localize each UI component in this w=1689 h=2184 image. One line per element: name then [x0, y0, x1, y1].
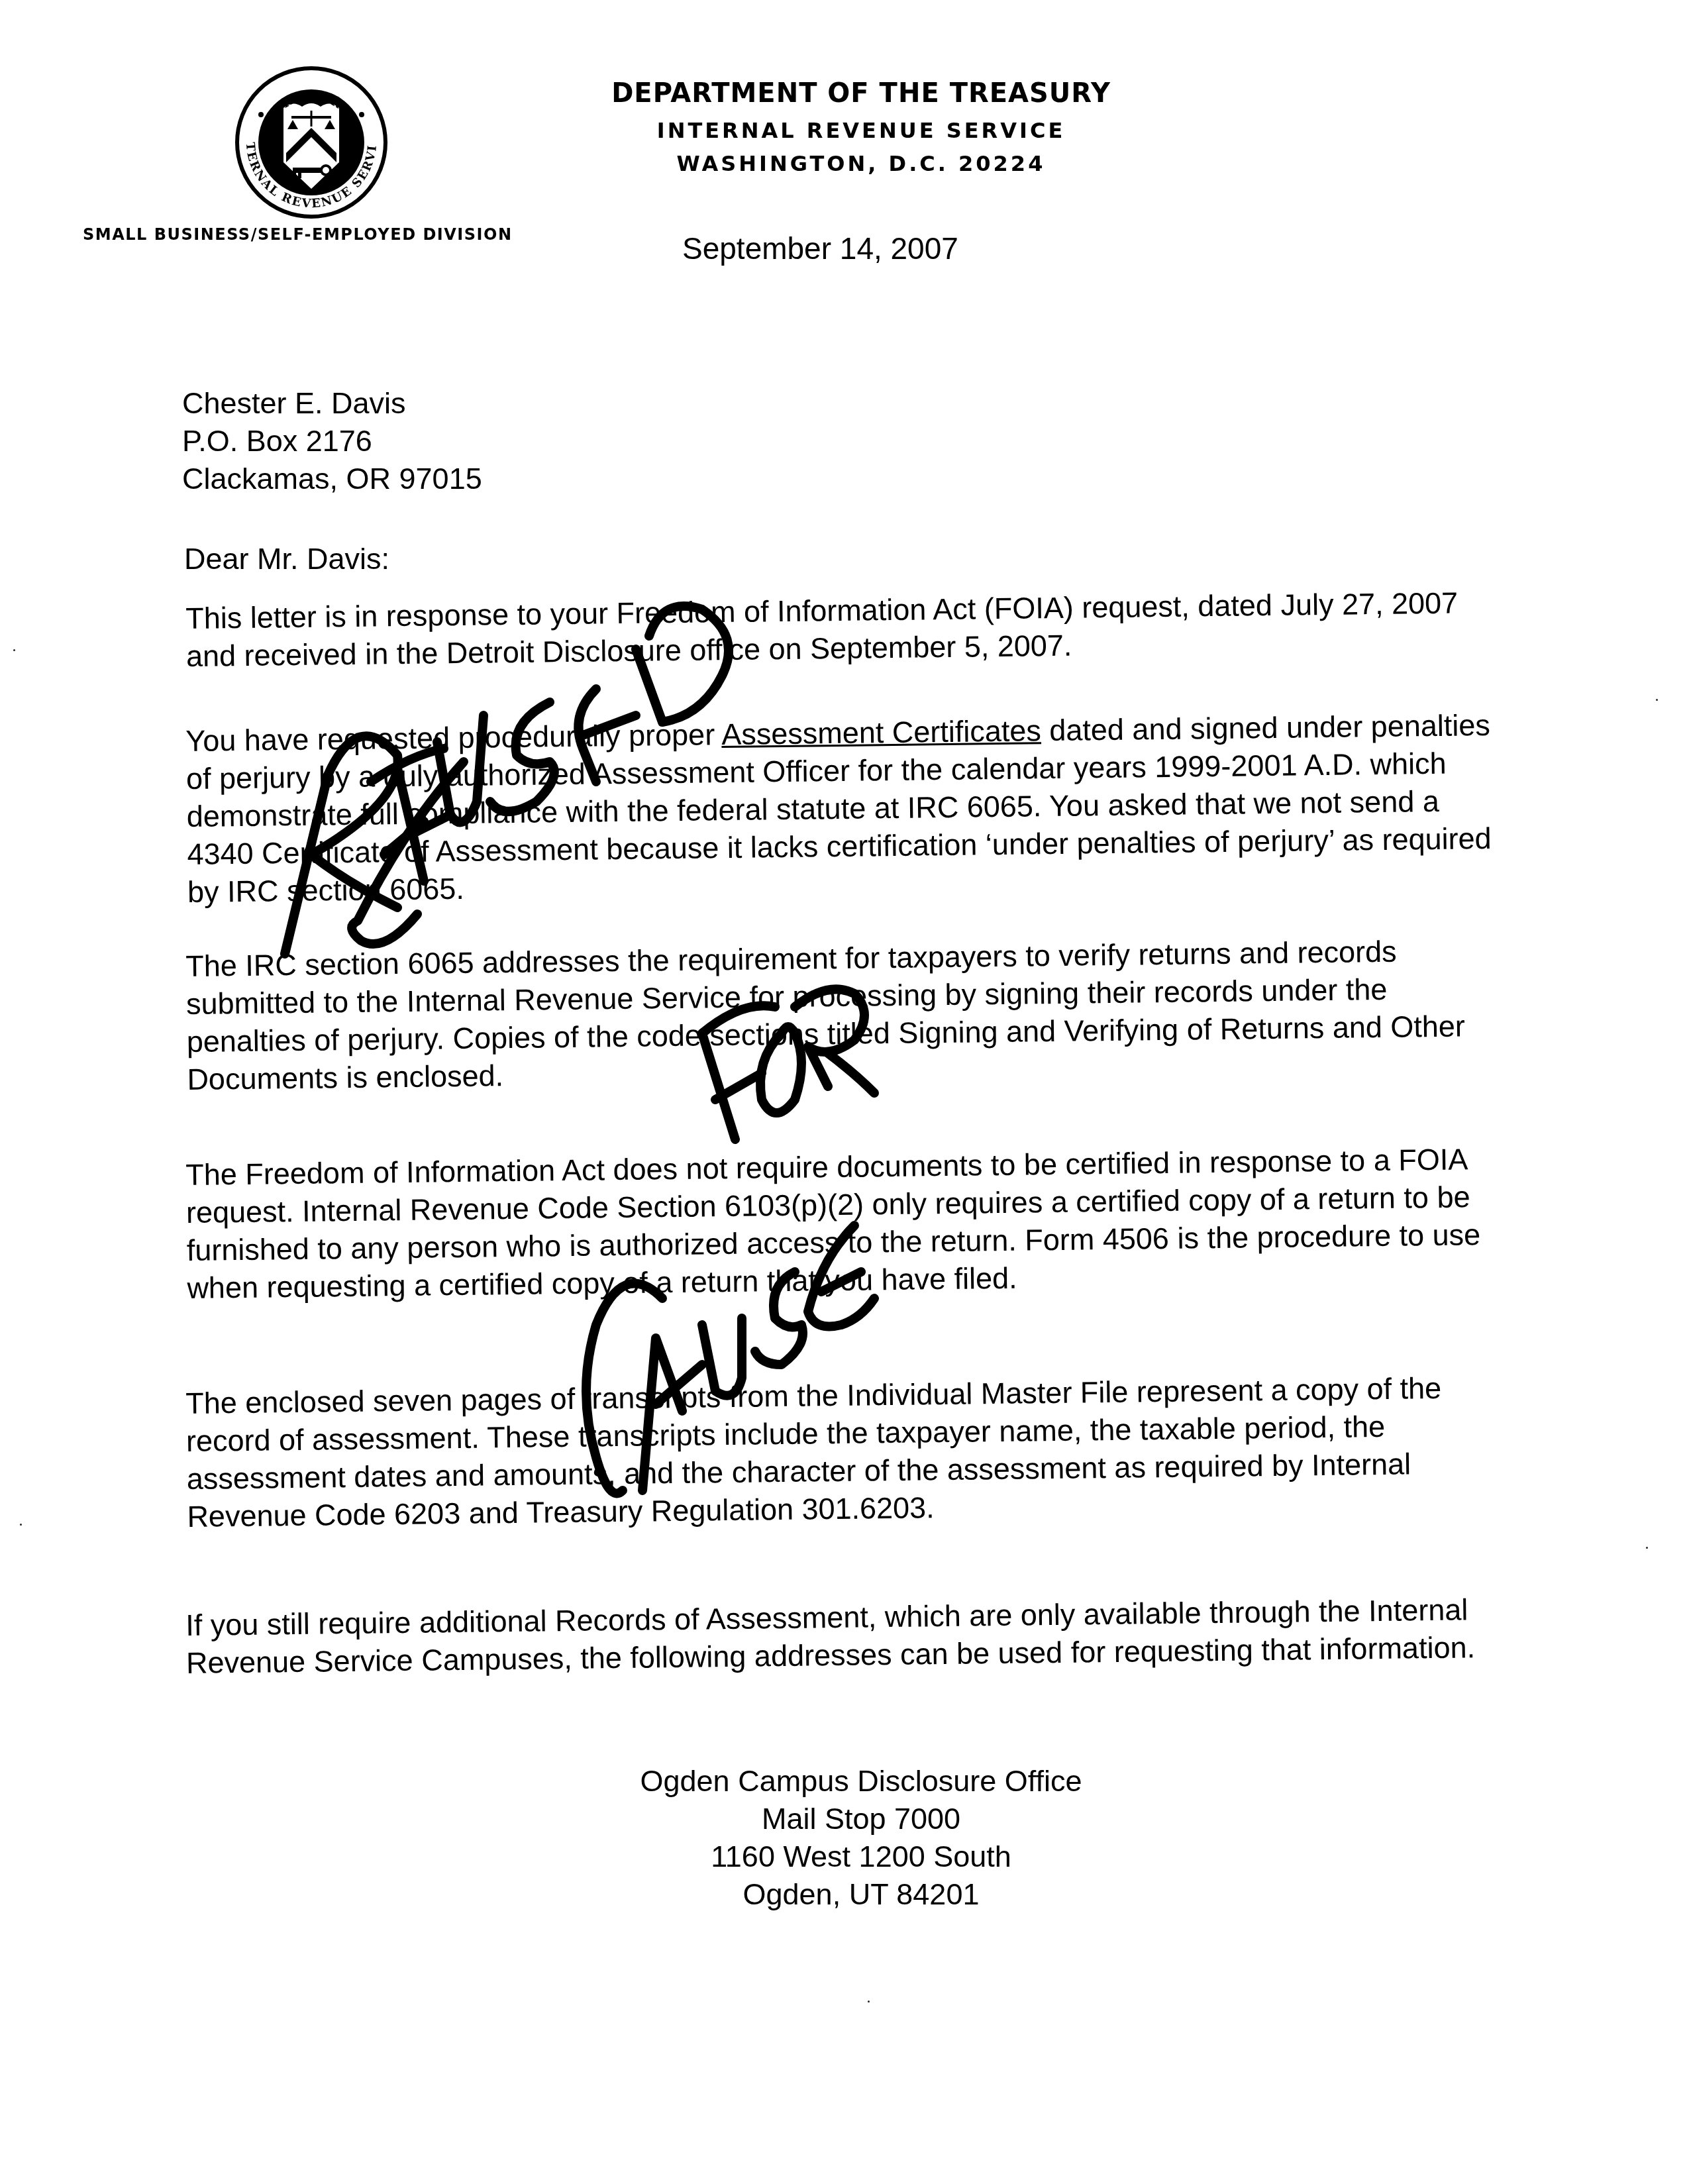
paragraph-foia-response: This letter is in response to your Freed…: [185, 584, 1498, 675]
division-name: SMALL BUSINESS/SELF-EMPLOYED DIVISION: [83, 225, 512, 244]
scan-speck: [1646, 1547, 1648, 1549]
scan-speck: [13, 649, 15, 651]
scan-speck: [1656, 699, 1658, 701]
underlined-assessment-certificates: Assessment Certificates: [721, 713, 1041, 751]
recipient-city: Clackamas, OR 97015: [182, 460, 482, 497]
paragraph-transcripts: The enclosed seven pages of transcripts …: [185, 1369, 1499, 1535]
campus-office: Ogden Campus Disclosure Office: [563, 1762, 1159, 1800]
agency-location: WASHINGTON, D.C. 20224: [530, 151, 1192, 176]
p2-text-start: You have requested procedurally proper: [185, 717, 721, 758]
paragraph-request-summary: You have requested procedurally proper A…: [185, 706, 1499, 911]
recipient-address: Chester E. Davis P.O. Box 2176 Clackamas…: [182, 384, 482, 497]
campus-address: Ogden Campus Disclosure Office Mail Stop…: [563, 1762, 1159, 1913]
salutation: Dear Mr. Davis:: [184, 540, 389, 578]
campus-mail-stop: Mail Stop 7000: [563, 1800, 1159, 1838]
campus-city: Ogden, UT 84201: [563, 1875, 1159, 1913]
recipient-name: Chester E. Davis: [182, 384, 482, 422]
recipient-street: P.O. Box 2176: [182, 422, 482, 460]
paragraph-foia-certification: The Freedom of Information Act does not …: [185, 1140, 1499, 1307]
scan-speck: [20, 1524, 22, 1526]
department-name: DEPARTMENT OF THE TREASURY: [530, 78, 1192, 109]
campus-street: 1160 West 1200 South: [563, 1838, 1159, 1875]
letter-page: TREASURY INTERNAL REVENUE SERVICE DEPART…: [0, 0, 1689, 2184]
paragraph-irc-6065: The IRC section 6065 addresses the requi…: [185, 931, 1499, 1098]
letter-date: September 14, 2007: [682, 231, 958, 266]
agency-name: INTERNAL REVENUE SERVICE: [530, 118, 1192, 143]
irs-treasury-seal-icon: TREASURY INTERNAL REVENUE SERVICE: [232, 63, 391, 222]
scan-speck: [868, 2001, 870, 2002]
paragraph-additional-records: If you still require additional Records …: [185, 1590, 1498, 1682]
